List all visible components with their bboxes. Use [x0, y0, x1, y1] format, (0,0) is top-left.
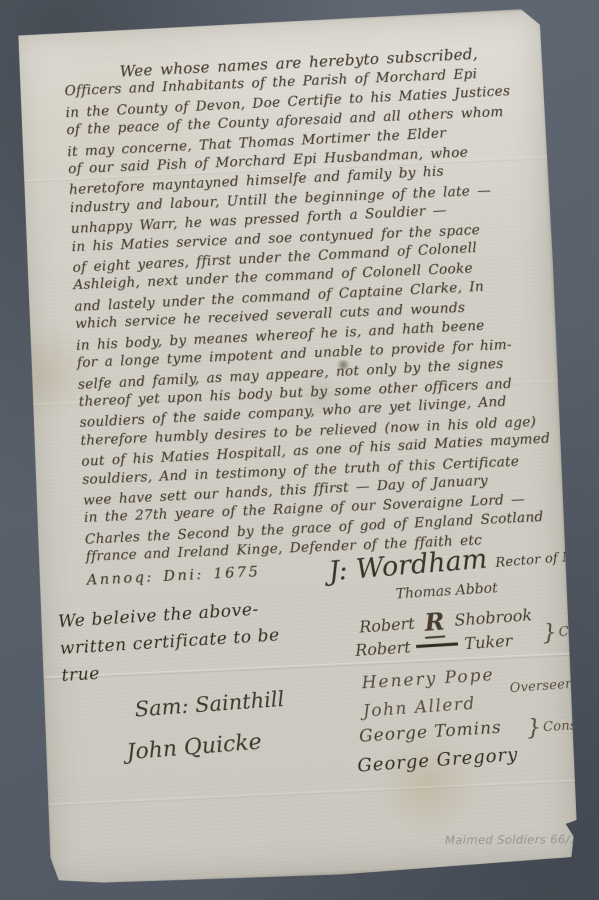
signature-george-gregory: George Gregory	[357, 744, 519, 776]
signature-first-name: Robert	[359, 614, 416, 637]
constables-label: }Constables	[526, 710, 599, 741]
constables-text: Constables	[543, 715, 599, 735]
signature-john-allerd: John Allerd Overseers	[362, 694, 476, 722]
attestation-note: We beleive the above- written certificat…	[57, 593, 312, 690]
signature-first-name: Robert	[355, 637, 412, 659]
signature-henery-pope: Henery Pope	[361, 665, 495, 693]
signature-george-tomins: George Tomins }Constables	[359, 718, 503, 747]
brace-glyph: }	[526, 715, 542, 741]
manuscript-paper: Wee whose names are herebyto subscribed,…	[12, 8, 580, 887]
signature-mark-stroke	[417, 642, 459, 648]
signature-sam-sainthill: Sam: Sainthill	[134, 687, 285, 722]
churchwardens-text: Churchwardens	[558, 618, 599, 640]
signature-john-quicke: John Quicke	[126, 730, 263, 766]
churchwardens-label: }Churchwardens	[542, 613, 599, 646]
signature-thomas-abbot: Thomas Abbot	[395, 580, 498, 602]
overseers-label: Overseers	[509, 676, 579, 696]
signature-last-name: Tuker	[464, 631, 513, 653]
signature-mark: R	[424, 607, 446, 639]
scanned-document-photo: { "colors": { "background": "#59616d", "…	[0, 0, 599, 900]
certificate-body-text: Wee whose names are herebyto subscribed,…	[63, 43, 556, 590]
signature-name: John Allerd	[362, 694, 476, 722]
paper-crease	[47, 780, 577, 807]
signature-last-name: Shobrook	[454, 605, 533, 630]
archivist-pencil-annotation: Maimed Soldiers 66/1	[445, 832, 578, 847]
brace-glyph: }	[542, 620, 558, 646]
signature-name: George Tomins	[359, 718, 503, 747]
signature-rector-title: Rector of Morchard Epi	[495, 543, 599, 571]
